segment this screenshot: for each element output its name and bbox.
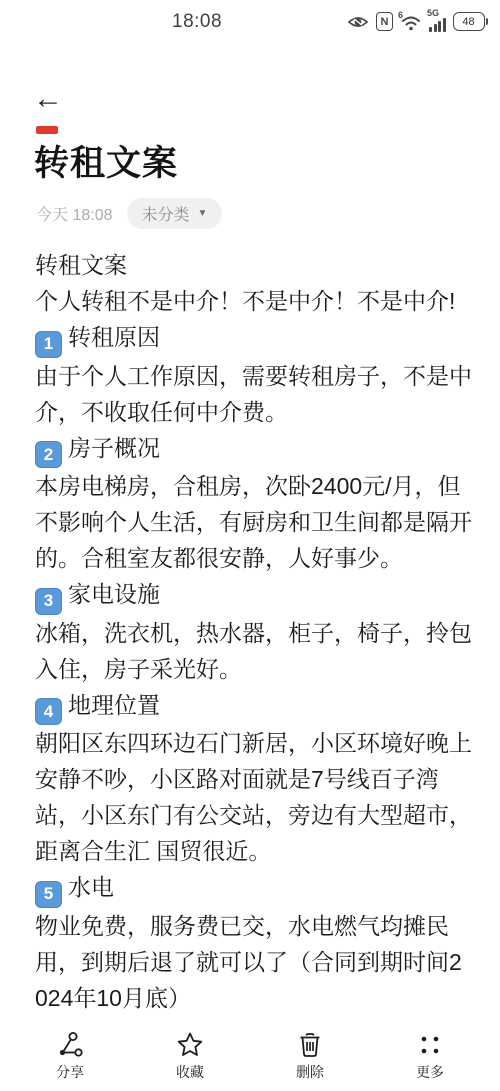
- section-body: 物业免费，服务费已交，水电燃气均摊民用，到期后退了就可以了（合同到期时间2024…: [35, 908, 472, 1016]
- note-date: 今天 18:08: [36, 202, 113, 225]
- keycap-5-emoji: 5: [35, 881, 62, 908]
- section-heading: 1转租原因: [35, 319, 472, 358]
- status-bar: 18:08 N 6 5G 48: [0, 0, 500, 46]
- eye-comfort-icon: [347, 12, 369, 32]
- delete-label: 删除: [296, 1062, 324, 1082]
- chevron-down-icon: ▼: [198, 208, 208, 219]
- network-type: 5G: [427, 8, 439, 18]
- signal-5g-icon: 5G: [429, 11, 446, 32]
- note-line: 个人转租不是中介！不是中介！不是中介!: [35, 283, 472, 319]
- share-button[interactable]: 分享: [35, 1031, 105, 1082]
- section-heading: 4地理位置: [35, 687, 472, 726]
- favorite-button[interactable]: 收藏: [155, 1031, 225, 1082]
- note-line: 转租文案: [35, 247, 472, 283]
- wifi-icon: 6: [400, 12, 422, 32]
- category-selector[interactable]: 未分类 ▼: [127, 198, 223, 229]
- section-body: 朝阳区东四环边石门新居，小区环境好晚上安静不吵，小区路对面就是7号线百子湾站，小…: [35, 725, 472, 869]
- section-heading: 3家电设施: [35, 576, 472, 615]
- wifi6-badge: 6: [398, 10, 403, 20]
- category-label: 未分类: [142, 202, 190, 225]
- keycap-4-emoji: 4: [35, 698, 62, 725]
- share-label: 分享: [56, 1062, 84, 1082]
- favorite-label: 收藏: [176, 1062, 204, 1082]
- note-body[interactable]: 转租文案 个人转租不是中介！不是中介！不是中介! 1转租原因 由于个人工作原因，…: [35, 247, 472, 1016]
- keycap-2-emoji: 2: [35, 441, 62, 468]
- title-accent-mark: [36, 126, 58, 134]
- share-icon: [56, 1031, 84, 1059]
- keycap-1-emoji: 1: [35, 331, 62, 358]
- section-body: 由于个人工作原因，需要转租房子，不是中介，不收取任何中介费。: [35, 358, 472, 430]
- star-icon: [176, 1031, 204, 1059]
- battery-icon: 48: [453, 12, 489, 31]
- keycap-3-emoji: 3: [35, 588, 62, 615]
- section-body: 冰箱，洗衣机，热水器，柜子，椅子，拎包入住，房子采光好。: [35, 615, 472, 687]
- nfc-icon: N: [376, 12, 393, 31]
- delete-button[interactable]: 删除: [275, 1031, 345, 1082]
- note-title: 转租文案: [34, 136, 178, 186]
- more-dots-icon: [416, 1031, 444, 1059]
- more-label: 更多: [416, 1062, 444, 1082]
- section-body: 本房电梯房，合租房，次卧2400元/月，但不影响个人生活，有厨房和卫生间都是隔开…: [35, 468, 472, 576]
- more-button[interactable]: 更多: [395, 1031, 465, 1082]
- battery-percent: 48: [453, 12, 485, 31]
- bottom-toolbar: 分享 收藏 删除: [0, 1029, 500, 1091]
- section-heading: 5水电: [35, 869, 472, 908]
- back-button[interactable]: ←: [33, 82, 67, 116]
- section-heading: 2房子概况: [35, 430, 472, 469]
- trash-icon: [296, 1031, 324, 1059]
- note-meta: 今天 18:08 未分类 ▼: [36, 198, 222, 229]
- status-time: 18:08: [172, 11, 222, 33]
